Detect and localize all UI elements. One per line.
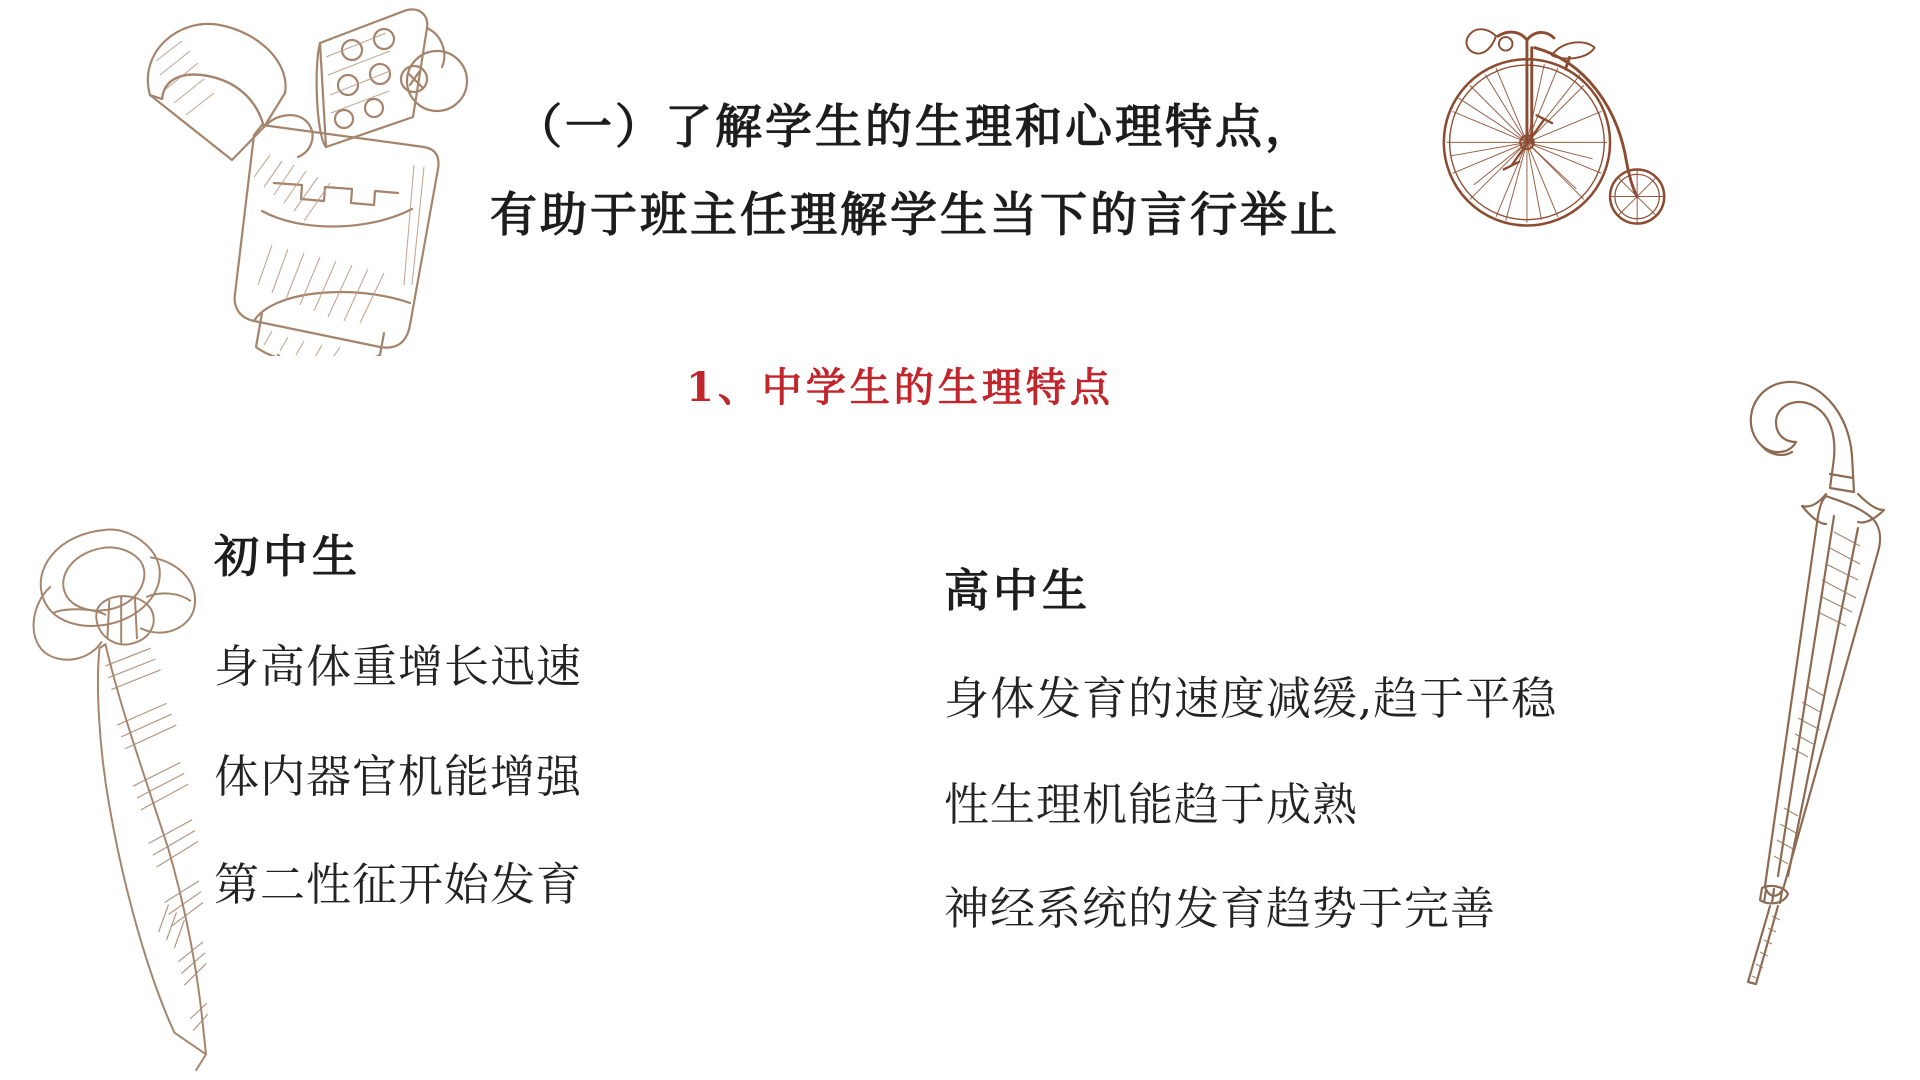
title-line-1: （一）了解学生的生理和心理特点， xyxy=(0,84,1830,172)
left-column-item: 身高体重增长迅速 xyxy=(214,630,582,695)
right-column-item: 神经系统的发育趋势于完善 xyxy=(944,872,1496,937)
left-column-item: 体内器官机能增强 xyxy=(214,740,582,805)
right-column-heading: 高中生 xyxy=(944,554,1091,619)
slide-canvas: （一）了解学生的生理和心理特点， 有助于班主任理解学生当下的言行举止 1、中学生… xyxy=(0,0,1920,1080)
right-column-item: 性生理机能趋于成熟 xyxy=(944,768,1358,833)
slide-title: （一）了解学生的生理和心理特点， 有助于班主任理解学生当下的言行举止 xyxy=(0,84,1830,260)
title-line-2: 有助于班主任理解学生当下的言行举止 xyxy=(0,172,1830,260)
left-column-item: 第二性征开始发育 xyxy=(214,848,582,913)
section-subtitle: 1、中学生的生理特点 xyxy=(0,356,1800,413)
umbrella-sketch xyxy=(1722,356,1894,996)
left-column-heading: 初中生 xyxy=(214,520,361,585)
right-column-item: 身体发育的速度减缓,趋于平稳 xyxy=(944,662,1557,727)
